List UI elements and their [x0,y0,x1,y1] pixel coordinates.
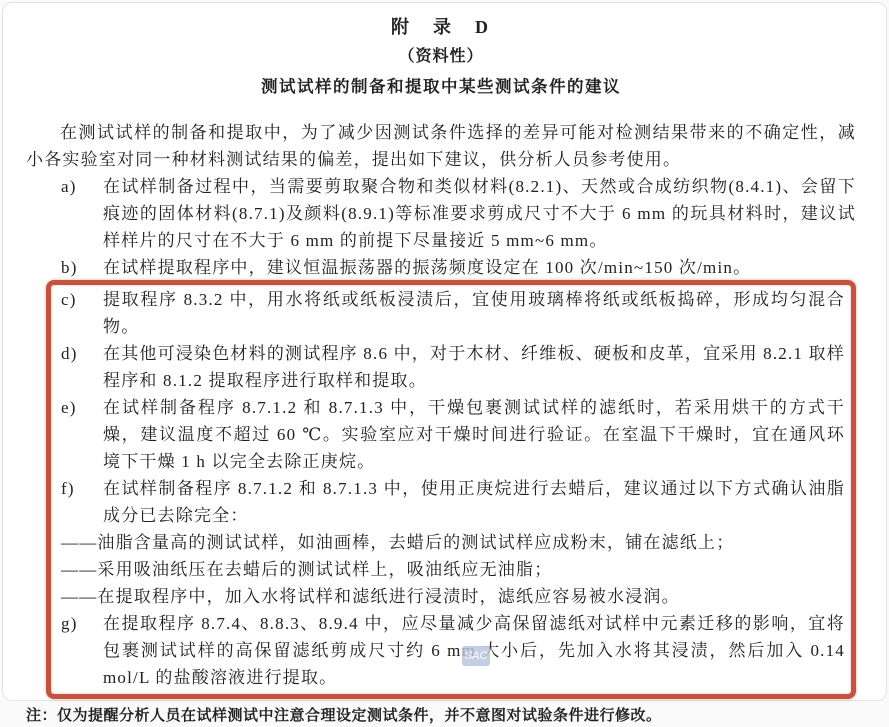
item-label: g) [61,610,103,691]
item-label: d) [61,340,103,394]
list-item-f: f) 在试样制备程序 8.7.1.2 和 8.7.1.3 中，使用正庚烷进行去蜡… [61,475,845,529]
intro-paragraph: 在测试试样的制备和提取中，为了减少因测试条件选择的差异可能对检测结果带来的不确定… [26,119,856,173]
item-text: 在试样制备程序 8.7.1.2 和 8.7.1.3 中，使用正庚烷进行去蜡后，建… [103,475,845,529]
list-item-b: b) 在试样提取程序中，建议恒温振荡器的振荡频度设定在 100 次/min~15… [61,254,856,281]
document-heading: 测试试样的制备和提取中某些测试条件的建议 [26,77,856,97]
item-label: f) [61,475,103,529]
item-text: 在试样提取程序中，建议恒温振荡器的振荡频度设定在 100 次/min~150 次… [103,254,856,281]
sac-watermark: SAC [462,646,490,666]
dash-item: ——采用吸油纸压在去蜡后的测试试样上，吸油纸应无油脂； [61,556,845,583]
appendix-title: 附 录 D [26,17,856,37]
list-item-g: g) 在提取程序 8.7.4、8.8.3、8.9.4 中，应尽量减少高保留滤纸对… [61,610,845,691]
item-text: 在其他可浸染色材料的测试程序 8.6 中，对于木材、纤维板、硬板和皮革，宜采用 … [103,340,845,394]
item-text: 提取程序 8.3.2 中，用水将纸或纸板浸渍后，宜使用玻璃棒将纸或纸板捣碎，形成… [103,286,845,340]
list-item-c: c) 提取程序 8.3.2 中，用水将纸或纸板浸渍后，宜使用玻璃棒将纸或纸板捣碎… [61,286,845,340]
item-label: e) [61,394,103,475]
highlight-box-annotation: c) 提取程序 8.3.2 中，用水将纸或纸板浸渍后，宜使用玻璃棒将纸或纸板捣碎… [46,280,856,699]
list-item-a: a) 在试样制备过程中，当需要剪取聚合物和类似材料(8.2.1)、天然或合成纺织… [61,173,856,254]
dash-item: ——在提取程序中，加入水将试样和滤纸进行浸渍时，滤纸应容易被水浸润。 [61,583,845,610]
item-label: a) [61,173,103,254]
item-label: b) [61,254,103,281]
document-page: 附 录 D （资料性） 测试试样的制备和提取中某些测试条件的建议 在测试试样的制… [2,2,887,701]
list-item-d: d) 在其他可浸染色材料的测试程序 8.6 中，对于木材、纤维板、硬板和皮革，宜… [61,340,845,394]
title-block: 附 录 D （资料性） 测试试样的制备和提取中某些测试条件的建议 [26,17,856,97]
appendix-subtitle: （资料性） [26,47,856,67]
item-label: c) [61,286,103,340]
item-text: 在试样制备程序 8.7.1.2 和 8.7.1.3 中，干燥包裹测试试样的滤纸时… [103,394,845,475]
dash-item: ——油脂含量高的测试试样，如油画棒，去蜡后的测试试样应成粉末，铺在滤纸上； [61,529,845,556]
item-text: 在试样制备过程中，当需要剪取聚合物和类似材料(8.2.1)、天然或合成纺织物(8… [103,173,856,254]
list-item-e: e) 在试样制备程序 8.7.1.2 和 8.7.1.3 中，干燥包裹测试试样的… [61,394,845,475]
